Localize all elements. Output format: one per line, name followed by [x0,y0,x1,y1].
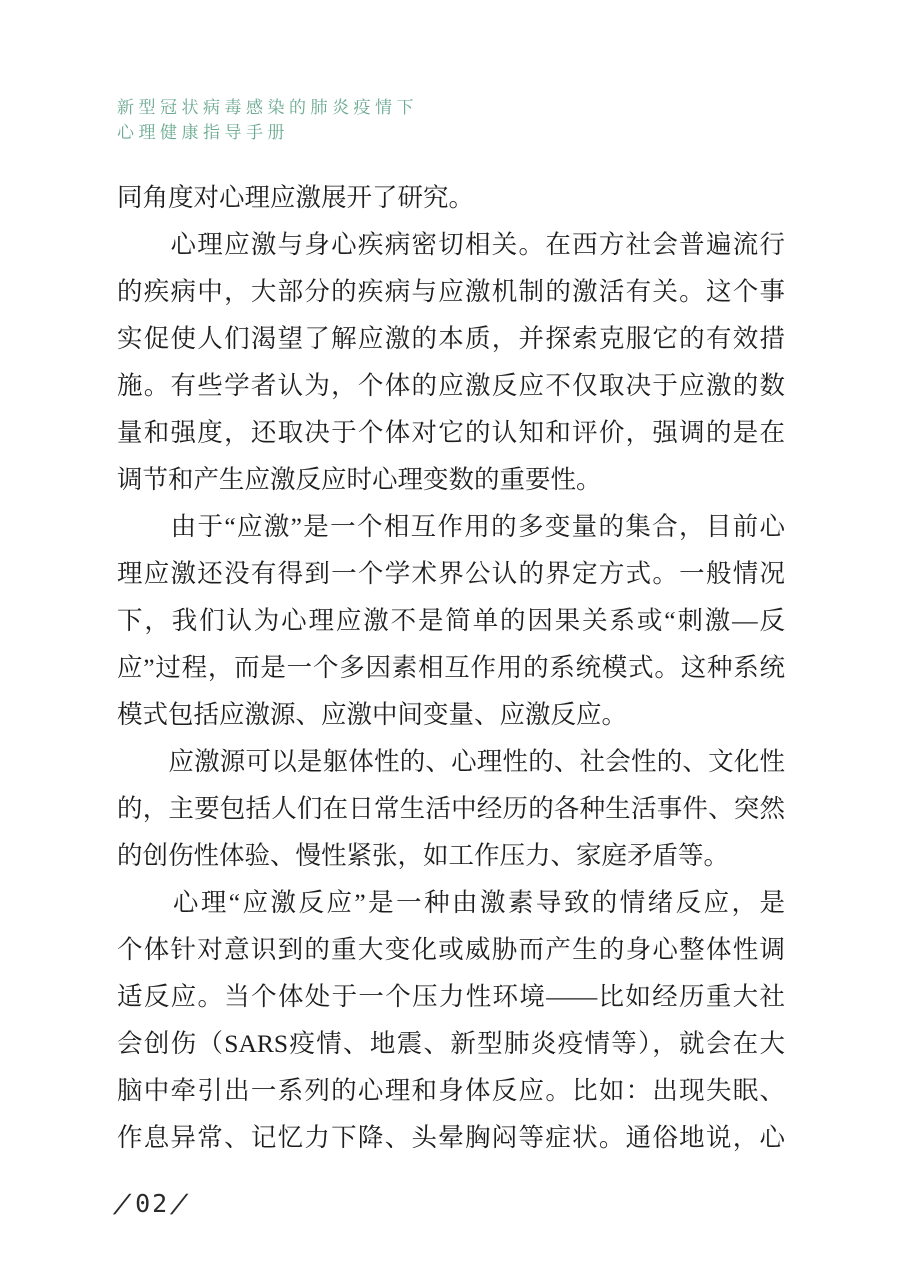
text-line: 模式包括应激源、应激中间变量、应激反应。 [117,691,785,738]
text-line: 应”过程，而是一个多因素相互作用的系统模式。这种系统 [117,644,785,691]
text-line: 脑中牵引出一系列的心理和身体反应。比如：出现失眠、 [117,1067,785,1114]
text-line: 调节和产生应激反应时心理变数的重要性。 [117,456,785,503]
running-header: 新型冠状病毒感染的肺炎疫情下 心理健康指导手册 [117,95,418,145]
text-line: 心理应激与身心疾病密切相关。在西方社会普遍流行 [117,221,785,268]
text-line: 理应激还没有得到一个学术界公认的界定方式。一般情况 [117,550,785,597]
text-line: 适反应。当个体处于一个压力性环境——比如经历重大社 [117,973,785,1020]
text-line: 量和强度，还取决于个体对它的认知和评价，强调的是在 [117,409,785,456]
text-line: 下，我们认为心理应激不是简单的因果关系或“刺激—反 [117,597,785,644]
text-line: 心理“应激反应”是一种由激素导致的情绪反应，是 [117,879,785,926]
text-line: 的创伤性体验、慢性紧张，如工作压力、家庭矛盾等。 [117,832,785,879]
text-line: 个体针对意识到的重大变化或威胁而产生的身心整体性调 [117,926,785,973]
text-line: 会创伤（SARS疫情、地震、新型肺炎疫情等），就会在大 [117,1020,785,1067]
text-line: 由于“应激”是一个相互作用的多变量的集合，目前心 [117,503,785,550]
running-header-line-2: 心理健康指导手册 [117,120,418,145]
body-text-block: 同角度对心理应激展开了研究。 心理应激与身心疾病密切相关。在西方社会普遍流行 的… [117,174,785,1161]
text-line: 实促使人们渴望了解应激的本质，并探索克服它的有效措 [117,315,785,362]
document-page: 新型冠状病毒感染的肺炎疫情下 心理健康指导手册 同角度对心理应激展开了研究。 心… [0,0,900,1285]
text-line: 的疾病中，大部分的疾病与应激机制的激活有关。这个事 [117,268,785,315]
page-number: /02/ [115,1189,189,1219]
text-line: 应激源可以是躯体性的、心理性的、社会性的、文化性 [117,738,785,785]
running-header-line-1: 新型冠状病毒感染的肺炎疫情下 [117,95,418,120]
text-line: 的，主要包括人们在日常生活中经历的各种生活事件、突然 [117,785,785,832]
page-number-value: 02 [132,1189,172,1219]
text-line: 同角度对心理应激展开了研究。 [117,174,785,221]
text-line: 作息异常、记忆力下降、头晕胸闷等症状。通俗地说，心 [117,1114,785,1161]
text-line: 施。有些学者认为，个体的应激反应不仅取决于应激的数 [117,362,785,409]
